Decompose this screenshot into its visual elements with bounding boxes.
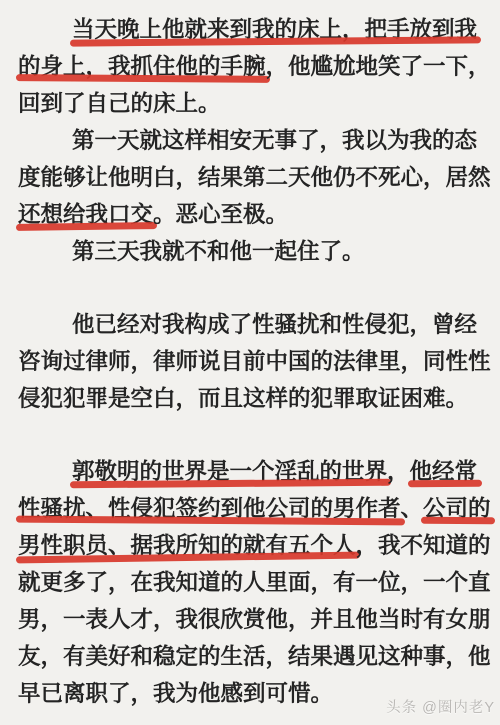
text-segment: 就更多了，在我知道的人里面，有一位，一个直 [18,570,491,595]
text-line: 当天晚上他就来到我的床上，把手放到我 [18,11,495,48]
text-line: 第三天我就不和他一起住了。 [18,233,495,270]
watermark-text: 头条 @圈内老Y [386,700,495,716]
paragraph: 第三天我就不和他一起住了。 [18,233,495,270]
red-underlined-text: 公司的 [423,496,491,521]
red-underline-mark [408,480,482,488]
paragraph: 他已经对我构成了性骚扰和性侵犯，曾经咨询过律师，律师说目前中国的法律里，同性性侵… [18,306,495,417]
red-underline-mark [16,74,270,83]
text-segment: 、 [401,496,424,521]
text-line: 友，有美好和稳定的生活，结果遇见这种事，他 [18,638,495,675]
red-underlined-text: 郭敬明的世界是一个淫乱的世界 [72,459,387,484]
red-underlined-text: 的身上，我抓住他的手腕 [18,54,266,79]
text-line: 他已经对我构成了性骚扰和性侵犯，曾经 [18,306,495,343]
text-segment: 咨询过律师，律师说目前中国的法律里，同性性 [18,349,491,374]
article-screenshot-page: 当天晚上他就来到我的床上，把手放到我的身上，我抓住他的手腕，他尴尬地笑了一下，回… [0,0,500,725]
text-segment: 度能够让他明白，结果第二天他仍不死心，居然 [18,165,491,190]
text-segment: 第三天我就不和他一起住了。 [72,239,365,264]
red-underlined-text: 他经常 [410,459,478,484]
red-underlined-text: 性骚扰、性侵犯签约到他公司的男作者 [18,496,401,521]
text-segment: 他已经对我构成了性骚扰和性侵犯，曾经 [72,312,477,337]
watermark: 头条 @圈内老Y [386,696,495,717]
text-segment: 。恶心至极。 [153,202,288,227]
text-line: 侵犯犯罪是空白，而且这样的犯罪取证困难。 [18,380,495,417]
text-line: 就更多了，在我知道的人里面，有一位，一个直 [18,564,495,601]
text-line: 性骚扰、性侵犯签约到他公司的男作者、公司的 [18,490,495,527]
text-line: 的身上，我抓住他的手腕，他尴尬地笑了一下， [18,48,495,85]
text-line: 男，一表人才，我很欣赏他，并且他当时有女朋 [18,601,495,638]
paragraph: 当天晚上他就来到我的床上，把手放到我的身上，我抓住他的手腕，他尴尬地笑了一下，回… [18,11,495,122]
article-text-body: 当天晚上他就来到我的床上，把手放到我的身上，我抓住他的手腕，他尴尬地笑了一下，回… [18,11,495,712]
red-underlined-text: 还想给我口交 [18,202,153,227]
text-segment: 第一天就这样相安无事了，我以为我的态 [72,128,477,153]
text-segment: 早已离职了，我为他感到可惜。 [18,681,333,706]
text-segment: ， [387,459,410,484]
text-segment: 回到了自己的床上。 [18,91,221,116]
text-line: 度能够让他明白，结果第二天他仍不死心，居然 [18,159,495,196]
text-segment: ，他尴尬地笑了一下， [266,54,491,79]
red-underline-mark [70,36,481,46]
red-underline-mark [16,222,157,231]
red-underline-mark [16,552,360,564]
text-segment: 男，一表人才，我很欣赏他，并且他当时有女朋 [18,607,491,632]
red-underline-mark [16,516,405,526]
text-line: 郭敬明的世界是一个淫乱的世界，他经常 [18,453,495,490]
text-line: 回到了自己的床上。 [18,85,495,122]
text-line: 男性职员、据我所知的就有五个人，我不知道的 [18,527,495,564]
red-underline-mark [421,517,495,525]
red-underlined-text: 当天晚上他就来到我的床上，把手放到我 [72,17,477,42]
text-line: 咨询过律师，律师说目前中国的法律里，同性性 [18,343,495,380]
text-line: 还想给我口交。恶心至极。 [18,196,495,233]
text-segment: 侵犯犯罪是空白，而且这样的犯罪取证困难。 [18,386,468,411]
paragraph: 第一天就这样相安无事了，我以为我的态度能够让他明白，结果第二天他仍不死心，居然还… [18,122,495,233]
text-segment: 友，有美好和稳定的生活，结果遇见这种事，他 [18,644,491,669]
text-segment: ，我不知道的 [356,533,491,558]
red-underlined-text: 男性职员、据我所知的就有五个人 [18,533,356,558]
red-underline-mark [70,479,391,489]
text-line: 第一天就这样相安无事了，我以为我的态 [18,122,495,159]
paragraph: 郭敬明的世界是一个淫乱的世界，他经常性骚扰、性侵犯签约到他公司的男作者、公司的男… [18,453,495,712]
